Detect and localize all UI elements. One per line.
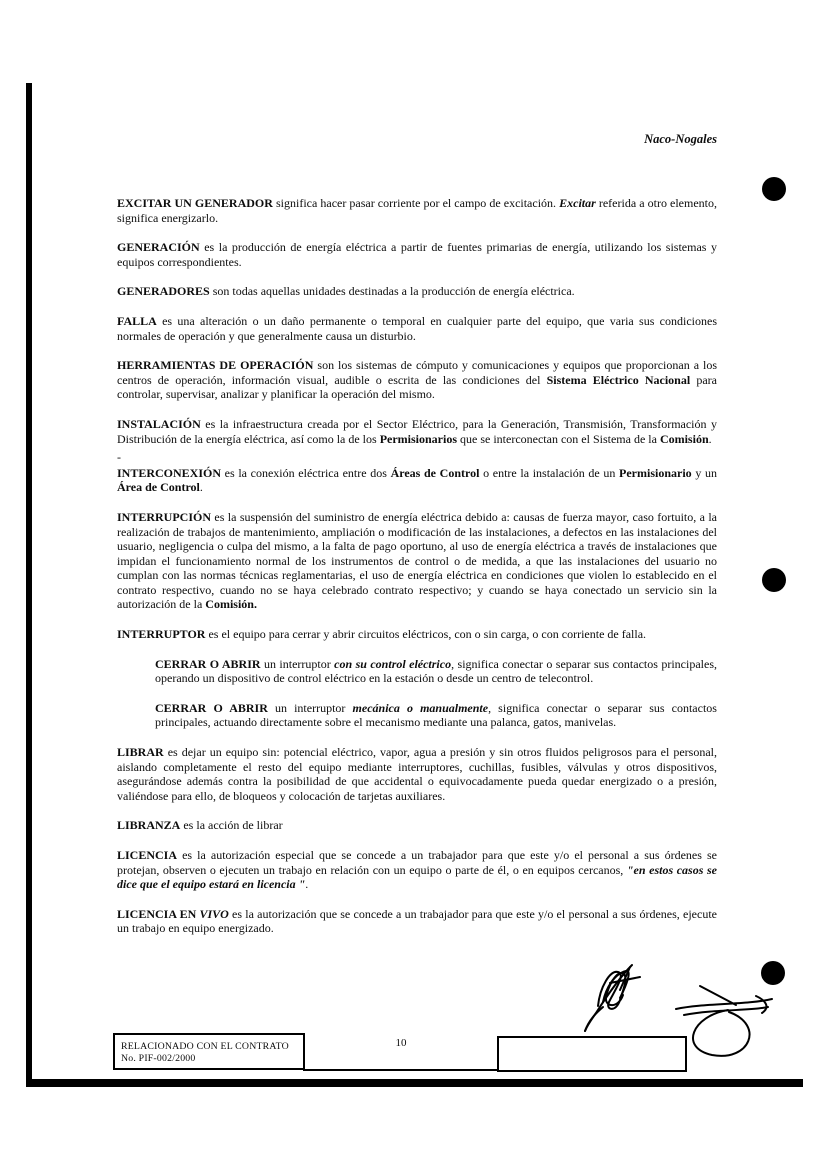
text-segment: son todas aquellas unidades destinadas a… — [210, 284, 575, 298]
bottom-scan-border — [26, 1079, 803, 1087]
text-segment: - — [117, 450, 121, 464]
definition-paragraph: GENERADORES son todas aquellas unidades … — [117, 284, 717, 299]
text-segment: LICENCIA EN — [117, 907, 199, 921]
footer-empty-box — [497, 1036, 687, 1072]
text-segment: es una alteración o un daño permanente o… — [117, 314, 717, 343]
text-segment: Áreas de Control — [391, 466, 480, 480]
text-segment: . — [305, 877, 308, 891]
definition-paragraph: CERRAR O ABRIR un interruptor mecánica o… — [155, 701, 717, 730]
text-segment: un interruptor — [261, 657, 335, 671]
contract-reference-line1: RELACIONADO CON EL CONTRATO — [121, 1041, 303, 1053]
definition-paragraph: LICENCIA es la autorización especial que… — [117, 848, 717, 892]
text-segment: CERRAR O ABRIR — [155, 657, 261, 671]
binding-hole-dot — [762, 568, 786, 592]
text-segment: LIBRANZA — [117, 818, 180, 832]
document-body: EXCITAR UN GENERADOR significa hacer pas… — [117, 196, 717, 951]
text-segment: LICENCIA — [117, 848, 177, 862]
definition-paragraph: LIBRAR es dejar un equipo sin: potencial… — [117, 745, 717, 803]
text-segment: es la conexión eléctrica entre dos — [221, 466, 391, 480]
page-header-title: Naco-Nogales — [644, 132, 717, 147]
text-segment: INTERCONEXIÓN — [117, 466, 221, 480]
text-segment: Área de Control — [117, 480, 200, 494]
text-segment: LIBRAR — [117, 745, 164, 759]
definition-paragraph: EXCITAR UN GENERADOR significa hacer pas… — [117, 196, 717, 225]
text-segment: y un — [692, 466, 717, 480]
text-segment: Permisionario — [619, 466, 692, 480]
text-segment: INTERRUPTOR — [117, 627, 205, 641]
definition-paragraph: LICENCIA EN VIVO es la autorización que … — [117, 907, 717, 936]
definition-paragraph: GENERACIÓN es la producción de energía e… — [117, 240, 717, 269]
scanned-document-page: Naco-Nogales EXCITAR UN GENERADOR signif… — [0, 0, 828, 1169]
text-segment: Excitar — [559, 196, 596, 210]
contract-reference-line2: No. PIF-002/2000 — [121, 1053, 303, 1065]
text-segment: un interruptor — [268, 701, 353, 715]
signature-scribble-2 — [672, 982, 777, 1064]
binding-hole-dot — [762, 177, 786, 201]
text-segment: Permisionarios — [380, 432, 457, 446]
text-segment: es dejar un equipo sin: potencial eléctr… — [117, 745, 717, 803]
text-segment: EXCITAR UN GENERADOR — [117, 196, 273, 210]
definition-paragraph: - — [117, 450, 717, 465]
text-segment: HERRAMIENTAS DE OPERACIÓN — [117, 358, 313, 372]
text-segment: que se interconectan con el Sistema de l… — [457, 432, 660, 446]
text-segment: significa hacer pasar corriente por el c… — [273, 196, 559, 210]
text-segment: GENERADORES — [117, 284, 210, 298]
definition-paragraph: INSTALACIÓN es la infraestructura creada… — [117, 417, 717, 446]
text-segment: es la acción de librar — [180, 818, 282, 832]
text-segment: INSTALACIÓN — [117, 417, 201, 431]
contract-reference-box: RELACIONADO CON EL CONTRATO No. PIF-002/… — [113, 1033, 305, 1070]
text-segment: . — [200, 480, 203, 494]
text-segment: es el equipo para cerrar y abrir circuit… — [205, 627, 646, 641]
text-segment: Sistema Eléctrico Nacional — [547, 373, 691, 387]
definition-paragraph: CERRAR O ABRIR un interruptor con su con… — [155, 657, 717, 686]
text-segment: Comisión. — [205, 597, 257, 611]
text-segment: CERRAR O ABRIR — [155, 701, 268, 715]
text-segment: VIVO — [199, 907, 228, 921]
definition-paragraph: INTERRUPTOR es el equipo para cerrar y a… — [117, 627, 717, 642]
definition-paragraph: HERRAMIENTAS DE OPERACIÓN son los sistem… — [117, 358, 717, 402]
text-segment: . — [709, 432, 712, 446]
definition-paragraph: INTERCONEXIÓN es la conexión eléctrica e… — [117, 466, 717, 495]
text-segment: Comisión — [660, 432, 709, 446]
definition-paragraph: FALLA es una alteración o un daño perman… — [117, 314, 717, 343]
text-segment: mecánica o manualmente — [353, 701, 489, 715]
text-segment: GENERACIÓN — [117, 240, 200, 254]
page-number: 10 — [396, 1037, 407, 1049]
text-segment: FALLA — [117, 314, 157, 328]
text-segment: es la suspensión del suministro de energ… — [117, 510, 717, 612]
left-scan-border — [26, 83, 32, 1086]
text-segment: es la producción de energía eléctrica a … — [117, 240, 717, 269]
text-segment: o entre la instalación de un — [479, 466, 619, 480]
text-segment: INTERRUPCIÓN — [117, 510, 211, 524]
text-segment: con su control eléctrico — [334, 657, 451, 671]
signature-scribble-1 — [570, 962, 655, 1044]
definition-paragraph: INTERRUPCIÓN es la suspensión del sumini… — [117, 510, 717, 612]
definition-paragraph: LIBRANZA es la acción de librar — [117, 818, 717, 833]
footer-page-number-cell: 10 — [303, 1035, 497, 1071]
